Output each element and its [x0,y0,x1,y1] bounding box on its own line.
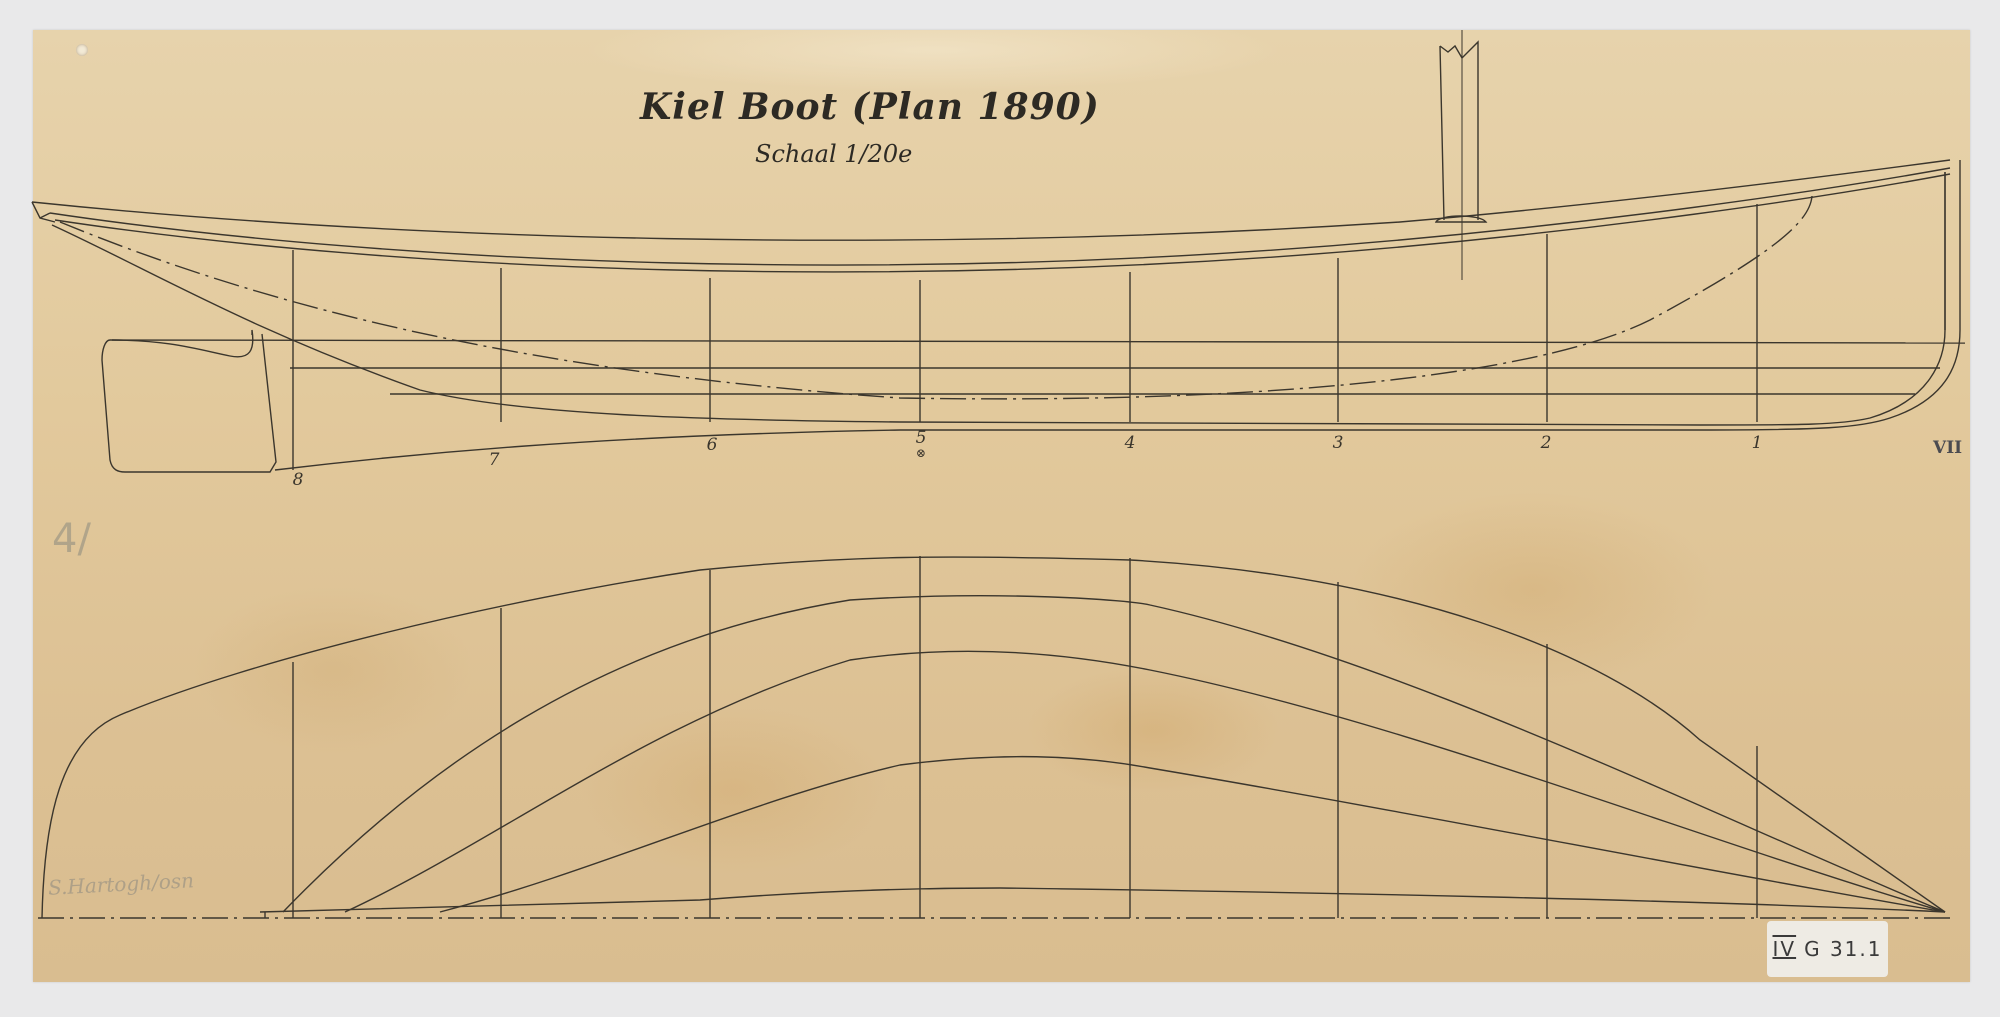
waterline-3 [440,757,1945,912]
archive-label-roman: IV [1773,937,1797,961]
station-label-5: 5 [916,428,927,448]
waterline-2 [345,651,1945,912]
station-label-8: 8 [293,470,304,490]
station-label-2: 2 [1541,433,1552,453]
station-label-1: 1 [1752,433,1763,453]
archive-label-code: G 31.1 [1804,937,1882,961]
rudder-outline [102,330,276,472]
sheer-line-low [55,174,1950,272]
station-label-7: 7 [489,450,500,470]
end-marker: VII [1933,438,1962,458]
sheer-line-mid [50,168,1950,265]
sheer-line-top [32,160,1950,240]
station-label-6: 6 [707,435,718,455]
drawing-scale: Schaal 1/20e [755,140,912,168]
mast-stump [1440,42,1478,220]
midship-symbol-icon: ⊗ [916,446,926,460]
waterline-1 [283,596,1945,912]
station-label-4: 4 [1125,433,1136,453]
pencil-mark: 4/ [52,516,91,562]
lines-plan-drawing [0,0,2000,1017]
deck-line [42,557,1945,918]
drawing-title: Kiel Boot (Plan 1890) [640,86,1100,128]
hull-bottom-line [52,172,1945,425]
station-label-3: 3 [1333,433,1344,453]
archive-label: IV G 31.1 [1767,921,1888,977]
